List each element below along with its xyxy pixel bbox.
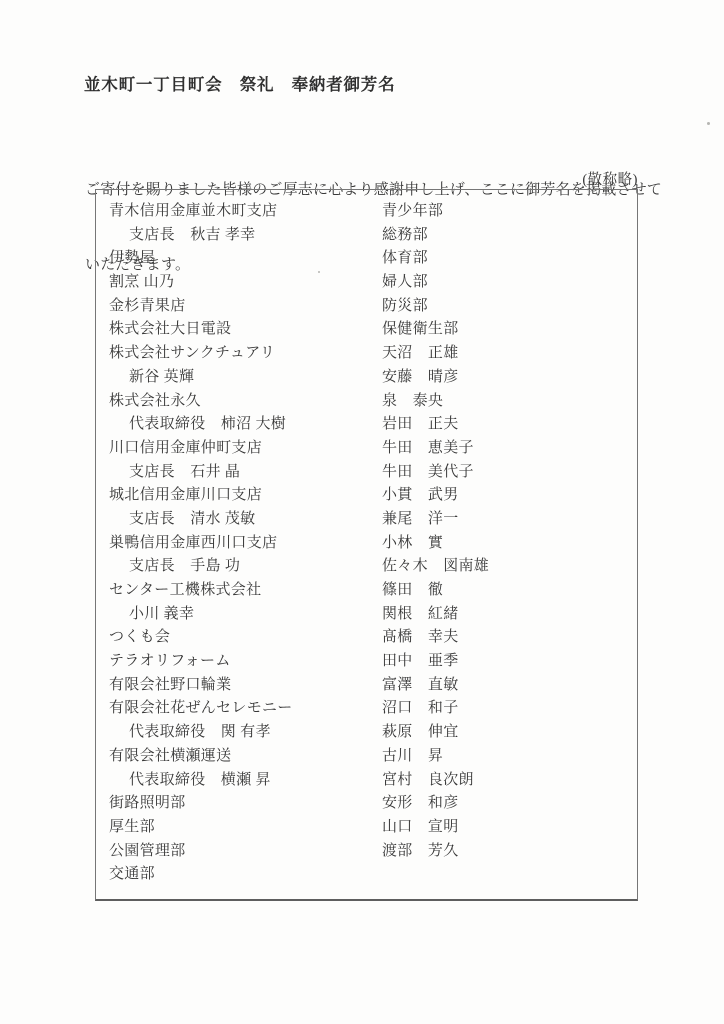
- donor-entry: 篠田 徹: [382, 579, 489, 603]
- donor-entry: 青少年部: [382, 200, 489, 224]
- donor-entry: 牛田 美代子: [382, 461, 489, 485]
- donor-entry: 安藤 晴彦: [382, 366, 489, 390]
- donor-entry: 佐々木 図南雄: [382, 555, 489, 579]
- donor-entry: 伊勢屋: [109, 247, 293, 271]
- donor-column-right: 青少年部総務部体育部婦人部防災部保健衛生部天沼 正雄安藤 晴彦泉 泰央岩田 正夫…: [382, 200, 489, 863]
- donor-entry: 株式会社永久: [109, 390, 293, 414]
- donor-entry: 代表取締役 柿沼 大樹: [109, 413, 293, 437]
- donor-entry: 川口信用金庫仲町支店: [109, 437, 293, 461]
- donor-entry: 古川 昇: [382, 745, 489, 769]
- donor-entry: 支店長 手島 功: [109, 555, 293, 579]
- donor-entry: つくも会: [109, 626, 293, 650]
- donor-entry: 兼尾 洋一: [382, 508, 489, 532]
- donor-entry: 支店長 秋吉 孝幸: [109, 224, 293, 248]
- donor-entry: 体育部: [382, 247, 489, 271]
- donor-entry: 安形 和彦: [382, 792, 489, 816]
- donor-entry: 岩田 正夫: [382, 413, 489, 437]
- donor-entry: テラオリフォーム: [109, 650, 293, 674]
- donor-entry: 有限会社横瀬運送: [109, 745, 293, 769]
- donor-entry: 株式会社大日電設: [109, 318, 293, 342]
- scan-speck: [318, 271, 320, 273]
- donor-entry: 街路照明部: [109, 792, 293, 816]
- donor-entry: 山口 宣明: [382, 816, 489, 840]
- donor-entry: 公園管理部: [109, 840, 293, 864]
- donor-entry: 株式会社サンクチュアリ: [109, 342, 293, 366]
- donor-entry: 有限会社野口輪業: [109, 674, 293, 698]
- donor-entry: 富澤 直敏: [382, 674, 489, 698]
- donor-entry: 小川 義幸: [109, 603, 293, 627]
- donor-entry: 小林 實: [382, 532, 489, 556]
- honorifics-note: (敬称略): [85, 168, 638, 189]
- donor-entry: 小貫 武男: [382, 484, 489, 508]
- scan-speck: [707, 122, 710, 125]
- donor-entry: 牛田 恵美子: [382, 437, 489, 461]
- donor-entry: 厚生部: [109, 816, 293, 840]
- donor-entry: 巣鴨信用金庫西川口支店: [109, 532, 293, 556]
- donor-column-left: 青木信用金庫並木町支店支店長 秋吉 孝幸伊勢屋割烹 山乃金杉青果店株式会社大日電…: [109, 200, 293, 887]
- donor-entry: 代表取締役 横瀬 昇: [109, 769, 293, 793]
- donor-entry: センター工機株式会社: [109, 579, 293, 603]
- donor-entry: 金杉青果店: [109, 295, 293, 319]
- donor-entry: 支店長 石井 晶: [109, 461, 293, 485]
- donor-entry: 有限会社花ぜんセレモニー: [109, 697, 293, 721]
- donor-entry: 髙橋 幸夫: [382, 626, 489, 650]
- donor-entry: 渡部 芳久: [382, 840, 489, 864]
- donor-entry: 泉 泰央: [382, 390, 489, 414]
- donor-entry: 交通部: [109, 863, 293, 887]
- donor-entry: 関根 紅緒: [382, 603, 489, 627]
- donor-entry: 総務部: [382, 224, 489, 248]
- donor-entry: 天沼 正雄: [382, 342, 489, 366]
- donor-entry: 婦人部: [382, 271, 489, 295]
- donor-entry: 城北信用金庫川口支店: [109, 484, 293, 508]
- donor-entry: 割烹 山乃: [109, 271, 293, 295]
- donor-entry: 宮村 良次朗: [382, 769, 489, 793]
- donor-entry: 代表取締役 関 有孝: [109, 721, 293, 745]
- donor-list-box: 青木信用金庫並木町支店支店長 秋吉 孝幸伊勢屋割烹 山乃金杉青果店株式会社大日電…: [95, 189, 638, 901]
- donor-entry: 新谷 英輝: [109, 366, 293, 390]
- document-page: 並木町一丁目町会 祭礼 奉納者御芳名 ご寄付を賜りました皆様のご厚志に心より感謝…: [0, 0, 724, 1024]
- donor-entry: 沼口 和子: [382, 697, 489, 721]
- donor-entry: 支店長 清水 茂敏: [109, 508, 293, 532]
- donor-entry: 萩原 伸宜: [382, 721, 489, 745]
- page-title: 並木町一丁目町会 祭礼 奉納者御芳名: [84, 71, 395, 95]
- donor-entry: 田中 亜季: [382, 650, 489, 674]
- donor-entry: 保健衛生部: [382, 318, 489, 342]
- donor-entry: 防災部: [382, 295, 489, 319]
- donor-entry: 青木信用金庫並木町支店: [109, 200, 293, 224]
